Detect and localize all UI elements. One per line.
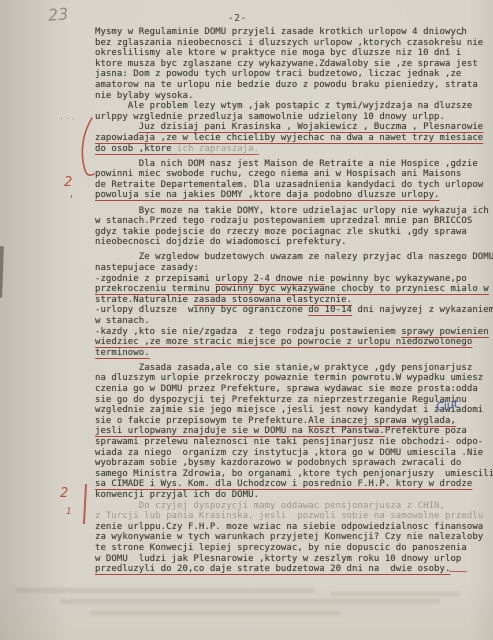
typed-line: bez zglaszania nieobecnosci i dluzszych …: [95, 38, 493, 49]
typed-line: -zgodnie z przepisami urlopy 2-4 dnowe n…: [95, 274, 493, 285]
document-page: 23 -2- Mysmy w Regulaminie DOMU przyjeli…: [0, 0, 493, 640]
typed-line: Mysmy w Regulaminie DOMU przyjeli zasade…: [95, 27, 493, 38]
red-margin-mark-lower-tick: 1: [66, 507, 72, 517]
typed-line: wiada za niego organizm czy instytucja ,…: [95, 448, 493, 459]
typed-line: nie bylaby wysoka.: [95, 91, 493, 102]
typed-line: Zasada zasada,ale co sie stanie,w prakty…: [95, 363, 493, 374]
typed-line: sie go do dyspozycji tej Prefekturze za …: [95, 395, 493, 406]
typed-line: jesli urlopwany znajduje sie w DOMU na k…: [95, 426, 493, 437]
typed-line: sie o fakcie przepisowym te Prefekture.A…: [95, 416, 493, 427]
bleed-through: [60, 599, 440, 604]
bleed-through: [15, 588, 315, 593]
red-margin-bar: [83, 484, 87, 524]
typed-line: -kazdy ,kto sie nie/zgadza z tego rodzaj…: [95, 327, 493, 338]
typed-line: samego Ministra Zdrowia, bo organami ,kt…: [95, 469, 493, 480]
edge-pencil-mark: [0, 246, 4, 298]
page-number-pencil: 23: [47, 4, 69, 25]
typed-line: gdyz takie podejscie do rzeczy moze poci…: [95, 227, 493, 238]
red-margin-mark-lower: 2: [60, 486, 68, 501]
typed-line: sprawami przelewu naleznosci nie taki pe…: [95, 437, 493, 448]
typed-line: przedluzyli do 20,co daje strate budzeto…: [95, 564, 493, 575]
typed-line: czenia go w DOMU przez Prefekture, spraw…: [95, 384, 493, 395]
typed-line: zapowiadaja ,ze w lecie chcieliby wyjech…: [95, 133, 493, 144]
typed-line: do osob ,ktore ich zapraszaja.: [95, 144, 493, 155]
typed-line: urlppy wzglednie przedluzja samowolnie u…: [95, 112, 493, 123]
typed-line: z Turcji lub pania Krasinska, jesli pozw…: [95, 511, 493, 522]
typed-line: terminowo.: [95, 348, 493, 359]
typed-line: nastepujace zasady:: [95, 263, 493, 274]
red-margin-curve: [76, 116, 102, 178]
typed-line: Byc moze na takie DOMY, ktore udzielajac…: [95, 206, 493, 217]
typed-line: sa CIMADE i Wys. Kom. dla Uchodzcow i po…: [95, 479, 493, 490]
typed-line: konwencji przyjal ich do DOMU.: [95, 490, 493, 501]
typed-line: wzglednie zajmie sie jego miejsce ,jesli…: [95, 405, 493, 416]
typed-line: Ze wzgledow budzetowych uwazam ze nalezy…: [95, 252, 493, 263]
typed-line: strate.Naturalnie zasada stosowana elast…: [95, 295, 493, 306]
typed-line: wiedziec ,ze moze stracic miejsce po pow…: [95, 337, 493, 348]
typed-line: zenie urlppu.Czy F.H.P. moze wziac na si…: [95, 522, 493, 533]
typed-line: na dluzszym urlopie przekroczy powaznie …: [95, 373, 493, 384]
typed-line: w DOMU ludzi jak Plesnarowie ,ktorty w z…: [95, 554, 493, 565]
typed-line: amatorow na te urlopu nie bedzie duzo z …: [95, 80, 493, 91]
typed-line: te strone Konwecji lepiej sprecyzowac, b…: [95, 543, 493, 554]
typed-line: powoluja sie na jakies DOMY ,ktore daja …: [95, 190, 493, 201]
typed-line: za wykonywanie w tych warunkach przyjete…: [95, 532, 493, 543]
pencil-dots: ...: [60, 112, 78, 122]
typed-line: wyobrazam sobie ,bysmy kazdorazowo w pod…: [95, 458, 493, 469]
red-underline-extension: [449, 571, 467, 573]
typed-line: przekroczeniu terminu powinny byc wykazy…: [95, 284, 493, 295]
red-margin-mark-upper: 2: [64, 175, 72, 190]
typed-line: Do czyjej dyspozycji mamy oddawac pensjo…: [95, 501, 493, 512]
red-margin-mark-upper-tick: ': [70, 193, 73, 206]
typed-line: nieobecnosci dojdzie do wiadomosci prefe…: [95, 237, 493, 248]
typed-line: -urlopy dluzsze winny byc ograniczone do…: [95, 305, 493, 316]
typed-line: okreslilismy ale ktore w praktyce nie mo…: [95, 48, 493, 59]
typed-page-number: -2-: [228, 13, 247, 24]
typed-line: Juz dzisiaj pani Krasinska , Wojakiewicz…: [95, 122, 493, 133]
typed-line: de Retraite Departementalem. Dla uzasadn…: [95, 180, 493, 191]
pencil-insert-mark: w: [294, 102, 301, 111]
typed-line: ktore musza byc zglaszane czy wykazywane…: [95, 59, 493, 70]
bleed-through: [330, 592, 460, 596]
typed-line: w stanach.Przed tego rodzaju postepowani…: [95, 216, 493, 227]
typed-line: Dla nich DOM nasz jest Maison de Retrait…: [95, 159, 493, 170]
typed-line: powinni miec swobode ruchu, czego niema …: [95, 169, 493, 180]
bleed-through: [90, 611, 340, 615]
typed-line: w stanach.: [95, 316, 493, 327]
typed-line: jasna: Dom z powodu tych urlopow traci b…: [95, 69, 493, 80]
